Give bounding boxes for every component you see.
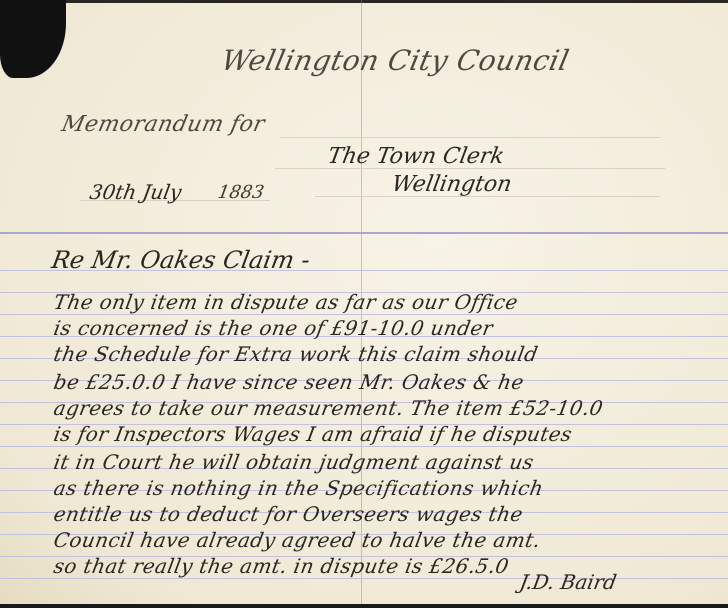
memorandum-paper: Wellington City Council Memorandum for T… <box>0 0 728 604</box>
body-line: be £25.0.0 I have since seen Mr. Oakes &… <box>52 370 526 394</box>
body-line: it in Court he will obtain judgment agai… <box>52 450 536 474</box>
ink-blot <box>0 0 66 78</box>
paper-bottom-edge <box>0 604 728 608</box>
body-line: is concerned is the one of £91-10.0 unde… <box>52 316 495 340</box>
recipient-line-2: Wellington <box>390 172 514 197</box>
body-line: is for Inspectors Wages I am afraid if h… <box>52 422 574 446</box>
ruled-line <box>0 446 728 447</box>
body-line: as there is nothing in the Specification… <box>52 476 545 500</box>
letterhead-title: Wellington City Council <box>218 44 572 77</box>
ruled-line-header <box>0 232 728 234</box>
recipient-line-1: The Town Clerk <box>326 144 506 169</box>
ruled-line <box>0 314 728 315</box>
body-line: The only item in dispute as far as our O… <box>52 290 520 314</box>
body-line: the Schedule for Extra work this claim s… <box>52 342 540 366</box>
ruled-line <box>0 578 728 579</box>
memorandum-label: Memorandum for <box>59 112 267 137</box>
signature: J.D. Baird <box>518 570 618 594</box>
subject-line: Re Mr. Oakes Claim - <box>50 246 313 274</box>
guide-line <box>280 137 660 138</box>
body-line: Council have already agreed to halve the… <box>52 528 543 552</box>
body-line: entitle us to deduct for Overseers wages… <box>52 502 525 526</box>
body-line: so that really the amt. in dispute is £2… <box>52 554 511 578</box>
date-day-month: 30th July <box>88 180 184 204</box>
date-year: 1883 <box>216 182 266 203</box>
body-line: agrees to take our measurement. The item… <box>52 396 605 420</box>
paper-top-edge <box>60 0 728 3</box>
